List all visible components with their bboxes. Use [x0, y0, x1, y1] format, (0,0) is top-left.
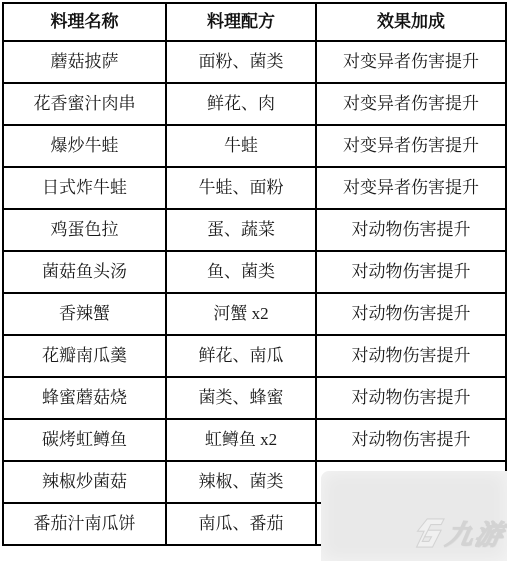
- effect-cell: 对动物伤害提升: [316, 251, 506, 293]
- recipe-cell: 鲜花、肉: [166, 83, 316, 125]
- recipe-table: 料理名称 料理配方 效果加成 蘑菇披萨 面粉、菌类 对变异者伤害提升 花香蜜汁肉…: [2, 2, 507, 546]
- column-header-effect: 效果加成: [316, 3, 506, 41]
- watermark-overlay: 九游: [321, 471, 507, 561]
- dish-name-cell: 菌菇鱼头汤: [3, 251, 166, 293]
- watermark-logo-text: 九游: [444, 522, 507, 549]
- dish-name-cell: 蘑菇披萨: [3, 41, 166, 83]
- recipe-cell: 鱼、菌类: [166, 251, 316, 293]
- effect-cell: 对变异者伤害提升: [316, 83, 506, 125]
- recipe-cell: 辣椒、菌类: [166, 461, 316, 503]
- effect-cell: 对变异者伤害提升: [316, 125, 506, 167]
- effect-cell: 对动物伤害提升: [316, 209, 506, 251]
- recipe-guide-page: 料理名称 料理配方 效果加成 蘑菇披萨 面粉、菌类 对变异者伤害提升 花香蜜汁肉…: [0, 0, 507, 561]
- table-row: 爆炒牛蛙 牛蛙 对变异者伤害提升: [3, 125, 506, 167]
- table-row: 鸡蛋色拉 蛋、蔬菜 对动物伤害提升: [3, 209, 506, 251]
- recipe-cell: 牛蛙、面粉: [166, 167, 316, 209]
- dish-name-cell: 番茄汁南瓜饼: [3, 503, 166, 545]
- header-row: 料理名称 料理配方 效果加成: [3, 3, 506, 41]
- table-row: 香辣蟹 河蟹 x2 对动物伤害提升: [3, 293, 506, 335]
- table-row: 菌菇鱼头汤 鱼、菌类 对动物伤害提升: [3, 251, 506, 293]
- recipe-cell: 菌类、蜂蜜: [166, 377, 316, 419]
- recipe-cell: 南瓜、番茄: [166, 503, 316, 545]
- dish-name-cell: 蜂蜜蘑菇烧: [3, 377, 166, 419]
- effect-cell: 对动物伤害提升: [316, 335, 506, 377]
- dish-name-cell: 鸡蛋色拉: [3, 209, 166, 251]
- effect-cell: 对动物伤害提升: [316, 377, 506, 419]
- recipe-cell: 牛蛙: [166, 125, 316, 167]
- table-row: 蜂蜜蘑菇烧 菌类、蜂蜜 对动物伤害提升: [3, 377, 506, 419]
- table-row: 蘑菇披萨 面粉、菌类 对变异者伤害提升: [3, 41, 506, 83]
- dish-name-cell: 花香蜜汁肉串: [3, 83, 166, 125]
- jiuyou-logo: 九游: [410, 518, 507, 553]
- table-row: 碳烤虹鳟鱼 虹鳟鱼 x2 对动物伤害提升: [3, 419, 506, 461]
- recipe-cell: 虹鳟鱼 x2: [166, 419, 316, 461]
- table-row: 花香蜜汁肉串 鲜花、肉 对变异者伤害提升: [3, 83, 506, 125]
- recipe-cell: 面粉、菌类: [166, 41, 316, 83]
- dish-name-cell: 日式炸牛蛙: [3, 167, 166, 209]
- effect-cell: 对动物伤害提升: [316, 419, 506, 461]
- recipe-cell: 河蟹 x2: [166, 293, 316, 335]
- column-header-recipe: 料理配方: [166, 3, 316, 41]
- table-row: 日式炸牛蛙 牛蛙、面粉 对变异者伤害提升: [3, 167, 506, 209]
- jiuyou-logo-icon: [410, 518, 446, 553]
- effect-cell: 对动物伤害提升: [316, 293, 506, 335]
- table-row: 花瓣南瓜羹 鲜花、南瓜 对动物伤害提升: [3, 335, 506, 377]
- dish-name-cell: 花瓣南瓜羹: [3, 335, 166, 377]
- effect-cell: 对变异者伤害提升: [316, 167, 506, 209]
- effect-cell: 对变异者伤害提升: [316, 41, 506, 83]
- recipe-cell: 蛋、蔬菜: [166, 209, 316, 251]
- dish-name-cell: 碳烤虹鳟鱼: [3, 419, 166, 461]
- dish-name-cell: 辣椒炒菌菇: [3, 461, 166, 503]
- column-header-dish-name: 料理名称: [3, 3, 166, 41]
- dish-name-cell: 爆炒牛蛙: [3, 125, 166, 167]
- recipe-cell: 鲜花、南瓜: [166, 335, 316, 377]
- dish-name-cell: 香辣蟹: [3, 293, 166, 335]
